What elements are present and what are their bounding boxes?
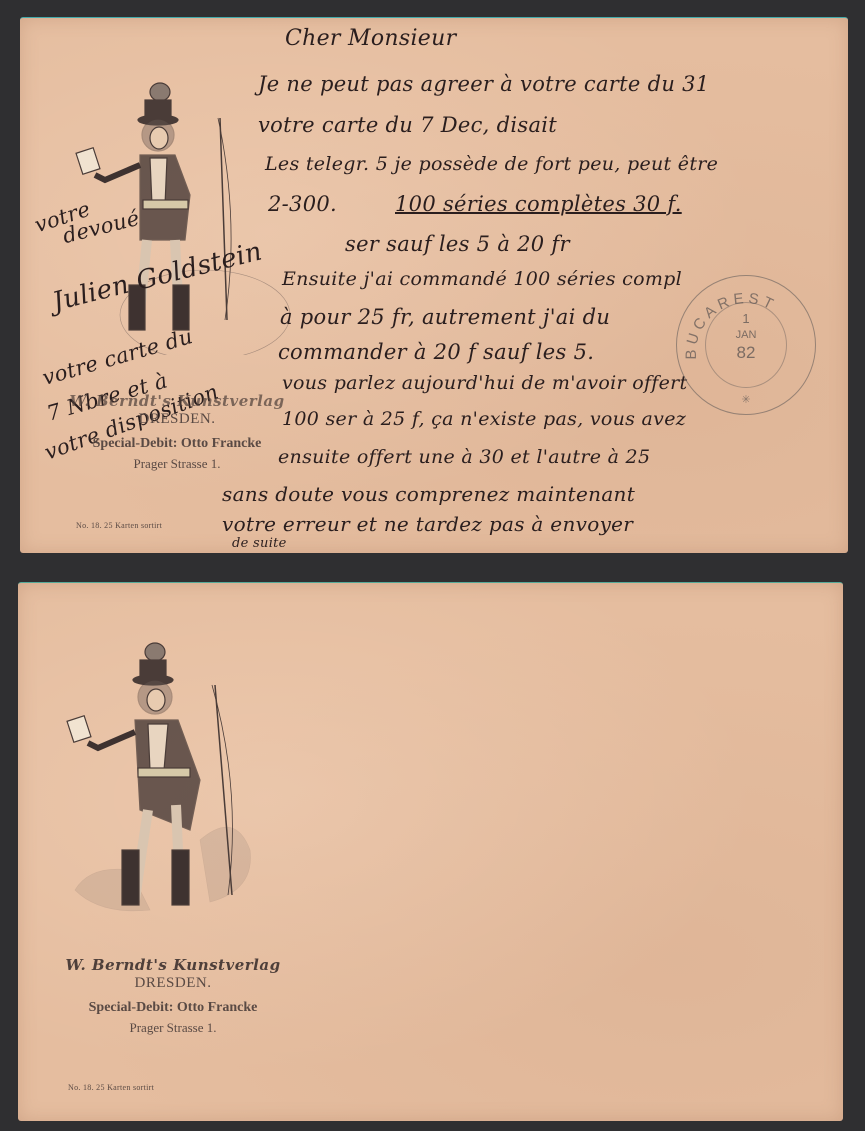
handwriting-line: à pour 25 fr, autrement j'ai du [280,305,610,329]
handwriting-line: de suite [232,536,287,551]
handwriting-line-underlined: 100 séries complètes 30 f. [395,192,682,216]
publisher-imprint: W. Berndt's Kunstverlag DRESDEN. Special… [52,392,302,472]
handwriting-line: vous parlez aujourd'hui de m'avoir offer… [282,372,687,394]
special-debit: Special-Debit: Otto Francke [52,436,302,452]
publisher-city: DRESDEN. [52,411,302,428]
handwriting-line: commander à 20 f sauf les 5. [278,340,594,364]
handwriting-line: votre carte du 7 Dec, disait [258,113,557,137]
postmark-star-icon: ✳ [677,393,815,406]
handwriting-line: Ensuite j'ai commandé 100 séries compl [282,268,682,290]
postmark-year: 82 [706,343,786,363]
handwriting-line: ser sauf les 5 à 20 fr [345,232,570,256]
handwriting-line: sans doute vous comprenez maintenant [222,482,635,506]
postmark-month: JAN [706,329,786,341]
publisher-city: DRESDEN. [48,975,298,992]
card-number: No. 18. 25 Karten sortirt [68,1083,154,1092]
handwriting-line: votre erreur et ne tardez pas à envoyer [222,512,633,536]
postmark-day: 1 [706,311,786,326]
handwriting-line: ensuite offert une à 30 et l'autre à 25 [278,446,650,468]
publisher-street: Prager Strasse 1. [48,1020,298,1036]
special-debit: Special-Debit: Otto Francke [48,1000,298,1016]
handwriting-line: 100 ser à 25 f, ça n'existe pas, vous av… [282,408,686,430]
publisher-name: W. Berndt's Kunstverlag [48,956,298,974]
illustration-figure [60,640,275,925]
handwriting-salutation: Cher Monsieur [285,26,456,51]
handwriting-line: Je ne peut pas agreer à votre carte du 3… [258,72,709,96]
handwriting-line: 2-300. [268,192,337,216]
handwriting-line: Les telegr. 5 je possède de fort peu, pe… [265,153,718,175]
card-number: No. 18. 25 Karten sortirt [76,521,162,530]
publisher-street: Prager Strasse 1. [52,456,302,472]
publisher-imprint: W. Berndt's Kunstverlag DRESDEN. Special… [48,956,298,1036]
postmark-stamp: BUCAREST 1 JAN 82 ✳ [676,275,816,415]
publisher-name: W. Berndt's Kunstverlag [52,392,302,410]
